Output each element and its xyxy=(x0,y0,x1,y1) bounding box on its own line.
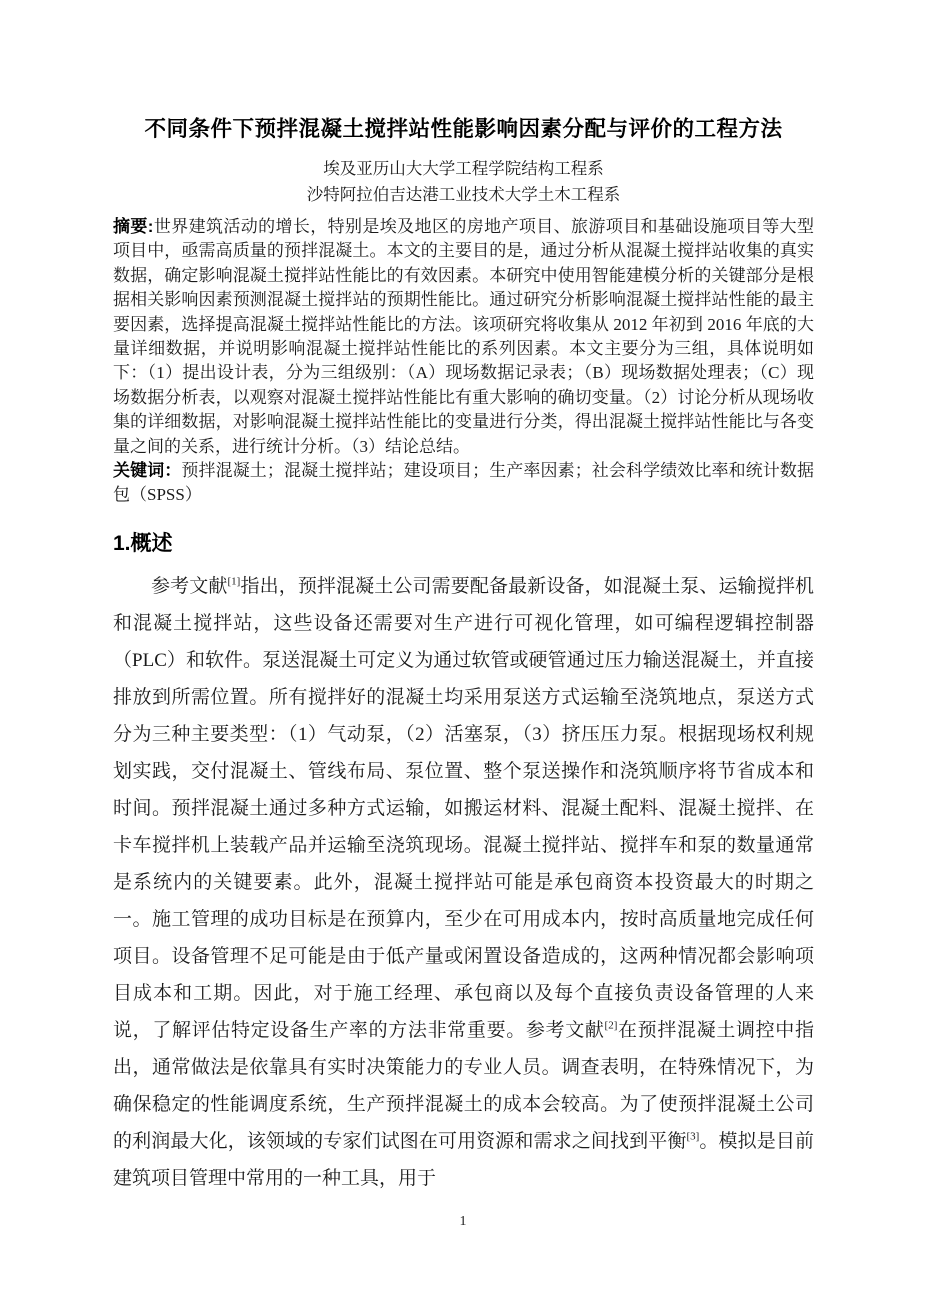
keywords-text: 预拌混凝土；混凝土搅拌站；建设项目；生产率因素；社会科学绩效比率和统计数据包（S… xyxy=(113,461,814,504)
citation-superscript: [1] xyxy=(228,576,241,588)
abstract-paragraph: 摘要:世界建筑活动的增长，特别是埃及地区的房地产项目、旅游项目和基础设施项目等大… xyxy=(113,215,814,459)
section-heading-overview: 1.概述 xyxy=(113,528,814,560)
page-content: 不同条件下预拌混凝土搅拌站性能影响因素分配与评价的工程方法 埃及亚历山大大学工程… xyxy=(113,112,814,1197)
document-page: 不同条件下预拌混凝土搅拌站性能影响因素分配与评价的工程方法 埃及亚历山大大学工程… xyxy=(0,0,926,1309)
page-number: 1 xyxy=(0,1212,926,1232)
affiliation-block: 埃及亚历山大大学工程学院结构工程系 沙特阿拉伯吉达港工业技术大学土木工程系 xyxy=(113,156,814,208)
abstract-label: 摘要: xyxy=(113,217,153,236)
affiliation-line-2: 沙特阿拉伯吉达港工业技术大学土木工程系 xyxy=(113,182,814,208)
paper-title: 不同条件下预拌混凝土搅拌站性能影响因素分配与评价的工程方法 xyxy=(113,112,814,146)
keywords-label: 关键词： xyxy=(113,461,181,480)
affiliation-line-1: 埃及亚历山大大学工程学院结构工程系 xyxy=(113,156,814,182)
body-paragraph: 参考文献[1]指出，预拌混凝土公司需要配备最新设备，如混凝土泵、运输搅拌机和混凝… xyxy=(113,568,814,1197)
citation-superscript: [3] xyxy=(686,1131,699,1143)
abstract-text: 世界建筑活动的增长，特别是埃及地区的房地产项目、旅游项目和基础设施项目等大型项目… xyxy=(113,217,814,456)
keywords-paragraph: 关键词：预拌混凝土；混凝土搅拌站；建设项目；生产率因素；社会科学绩效比率和统计数… xyxy=(113,459,814,508)
citation-superscript: [2] xyxy=(605,1020,618,1032)
